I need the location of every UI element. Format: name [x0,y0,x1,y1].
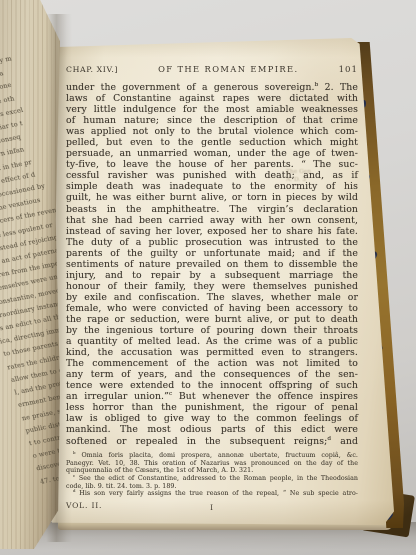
body-line: the rape or seduction, were burnt alive,… [66,314,358,325]
body-line: parents of the guilty or unfortunate mai… [66,248,358,259]
body-line: very little indulgence for the most amia… [66,104,358,115]
page-number: 101 [339,65,358,75]
showthrough-line: A. D. 3 [286,176,356,184]
body-line: injury, and to repair by a subsequent ma… [66,270,358,281]
body-line: beasts in the amphitheatre. The virgin’s… [66,204,358,215]
body-line: sentiments of nature prevailed on them t… [66,259,358,270]
body-line: instead of saving her lover, exposed her… [66,226,358,237]
footnotes: b Omnia foris placita, domi prospera, an… [66,452,358,498]
running-header: CHAP. XIV.] OF THE ROMAN EMPIRE. 101 [66,64,358,75]
body-line: The commencement of the action was not l… [66,358,358,369]
body-line: kind, the accusation was permitted even … [66,347,358,358]
body-line: a quantity of melted lead. As the crime … [66,336,358,347]
body-line: ty-five, to leave the house of her paren… [66,159,358,170]
body-line: pelled, but even to the gentle seduction… [66,137,358,148]
footnote-line: b Omnia foris placita, domi prospera, an… [66,452,358,460]
signature-mark: I [210,503,214,512]
body-line: laws of Constantine against rapes were d… [66,93,358,104]
body-line: guilt, he was either burnt alive, or tor… [66,192,358,203]
footnote-line: quinquennalia of the Cæsars, the 1st of … [66,467,358,475]
direction-line: VOL. II. I [66,501,358,511]
body-line: simple death was inadequate to the enorm… [66,181,358,192]
running-title: OF THE ROMAN EMPIRE. [118,64,339,74]
body-line: of human nature; since the description o… [66,115,358,126]
body-line: mankind. The most odious parts of this e… [66,424,358,435]
footnote-line: d His son very fairly assigns the true r… [66,490,358,498]
body-line: was applied not only to the brutal viole… [66,126,358,137]
body-line: an irregular union.”c But whenever the o… [66,391,358,402]
body-line: that she had been carried away with her … [66,215,358,226]
body-line: softened or repealed in the subsequent r… [66,436,358,447]
body-line: persuade, an unmarried woman, under the … [66,148,358,159]
footnote-line: Panegyr. Vet. 10, 38. This oration of Na… [66,460,358,468]
body-line: female, who were convicted of having bee… [66,303,358,314]
body-line: less horror than the punishment, the rig… [66,402,358,413]
body-line: law is obliged to give way to the common… [66,413,358,424]
body-line: under the government of a generous sover… [66,82,358,93]
body-line: by the ingenious torture of pouring down… [66,325,358,336]
gutter-shadow [46,14,72,542]
chapter-label: CHAP. XIV.] [66,65,118,74]
footnote-line: c See the edict of Constantine, addresse… [66,475,358,483]
right-page: CHAP. XIV.] OF THE ROMAN EMPIRE. 101 und… [50,38,394,525]
body-line: honour of their family, they were themse… [66,281,358,292]
body-line: any term of years, and the consequences … [66,369,358,380]
body-text: under the government of a generous sover… [66,82,358,447]
showthrough-text: The GenA. D. 3 [286,168,356,185]
body-line: The duty of a public prosecution was int… [66,237,358,248]
book-photograph: CHAP. XIV.] OF THE ROMAN EMPIRE. 101 und… [0,0,416,555]
showthrough-line: The Gen [286,168,356,176]
footnote-line: code, lib. 9. tit. 24. tom. 3. p. 189. [66,483,358,491]
body-line: tence were extended to the innocent offs… [66,380,358,391]
body-line: cessful ravisher was punished with death… [66,170,358,181]
body-line: by exile and confiscation. The slaves, w… [66,292,358,303]
